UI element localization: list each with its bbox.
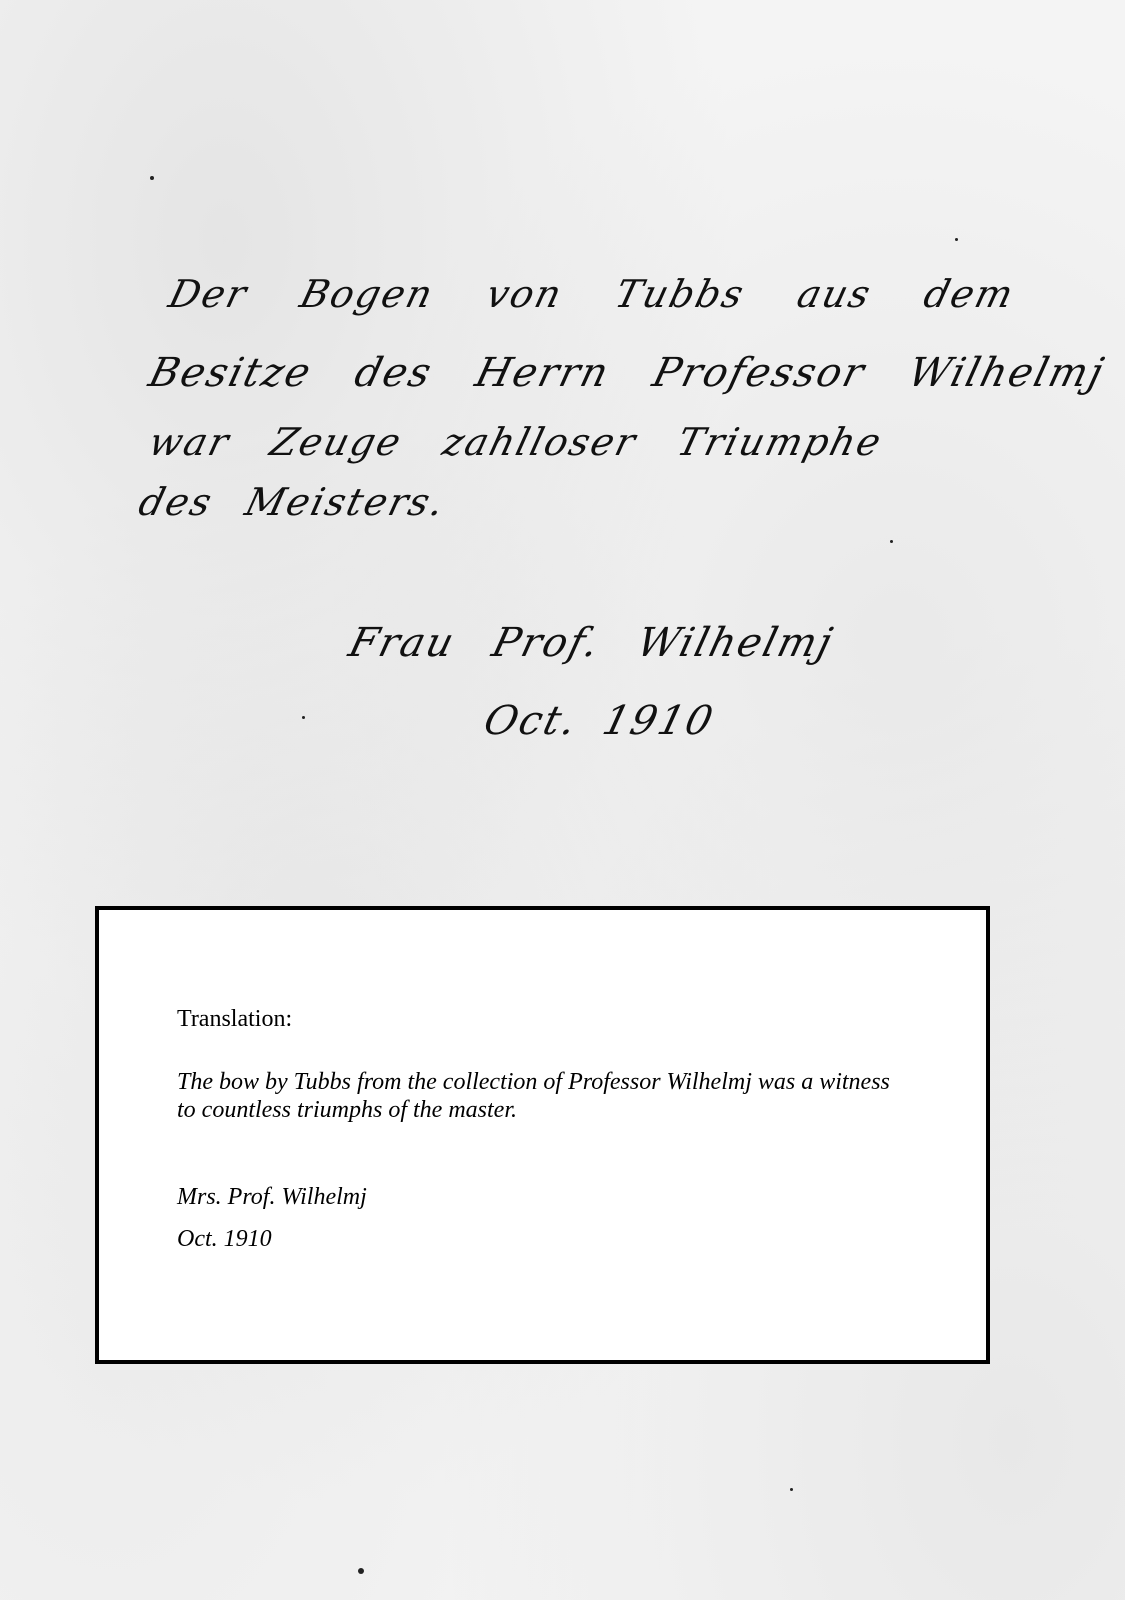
paper-speck — [955, 238, 958, 241]
translation-box: Translation: The bow by Tubbs from the c… — [95, 906, 990, 1364]
translation-signature: Mrs. Prof. Wilhelmj — [177, 1184, 367, 1211]
paper-speck — [302, 716, 305, 719]
handwritten-line-3: war Zeuge zahlloser Triumphe — [145, 420, 888, 464]
handwritten-note: Der Bogen von Tubbs aus dem Besitze des … — [0, 0, 1125, 800]
handwritten-line-1: Der Bogen von Tubbs aus dem — [165, 272, 1020, 316]
handwritten-line-4: des Meisters. — [135, 480, 451, 524]
translation-text: The bow by Tubbs from the collection of … — [177, 1068, 897, 1124]
handwritten-date: Oct. 1910 — [479, 698, 719, 744]
paper-speck — [358, 1568, 364, 1574]
paper-speck — [890, 540, 893, 543]
translation-label: Translation: — [177, 1006, 292, 1033]
paper-speck — [150, 176, 154, 180]
handwritten-signature: Frau Prof. Wilhelmj — [344, 620, 838, 666]
paper-speck — [790, 1488, 793, 1491]
handwritten-line-2: Besitze des Herrn Professor Wilhelmj — [144, 350, 1109, 396]
translation-date: Oct. 1910 — [177, 1226, 272, 1253]
